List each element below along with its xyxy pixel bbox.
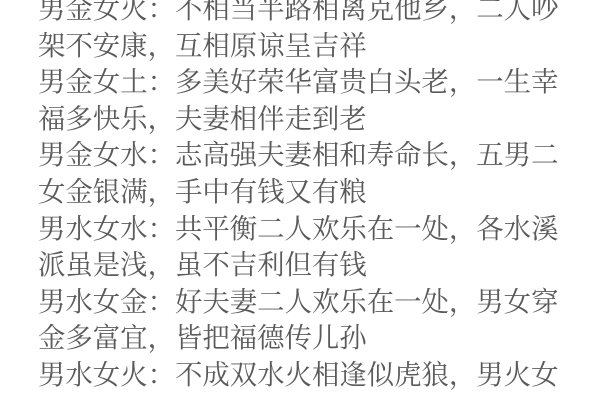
colon-separator: ： bbox=[148, 66, 175, 97]
colon-separator: ： bbox=[148, 213, 175, 244]
pairing-text: 不成双水火相逢似虎狼，男火女 bbox=[175, 359, 558, 390]
pairing-label: 男水女金 bbox=[38, 286, 148, 317]
page-background: { "page": { "background_color": "#ffffff… bbox=[0, 0, 600, 400]
colon-separator: ： bbox=[148, 139, 175, 170]
colon-separator: ： bbox=[148, 0, 175, 24]
pairing-label: 男水女水 bbox=[38, 213, 148, 244]
compatibility-entry: 男金女火：不相当半路相离克他乡，二人吵架不安康，互相原谅呈吉祥 bbox=[38, 0, 565, 64]
pairing-label: 男水女火 bbox=[38, 359, 148, 390]
compatibility-entry: 男水女火：不成双水火相逢似虎狼，男火女 bbox=[38, 357, 565, 394]
compatibility-entry: 男金女土：多美好荣华富贵白头老，一生幸福多快乐，夫妻相伴走到老 bbox=[38, 64, 565, 137]
compatibility-entry: 男水女水：共平衡二人欢乐在一处，各水溪派虽是浅，虽不吉利但有钱 bbox=[38, 211, 565, 284]
pairing-label: 男金女火 bbox=[38, 0, 148, 24]
colon-separator: ： bbox=[148, 359, 175, 390]
compatibility-entry: 男金女水：志高强夫妻相和寿命长，五男二女金银满，手中有钱又有粮 bbox=[38, 137, 565, 210]
pairing-label: 男金女水 bbox=[38, 139, 148, 170]
colon-separator: ： bbox=[148, 286, 175, 317]
compatibility-entry: 男水女金：好夫妻二人欢乐在一处，男女穿金多富宜，皆把福德传儿孙 bbox=[38, 284, 565, 357]
pairing-label: 男金女土 bbox=[38, 66, 148, 97]
document-text-area: 男金女火：不相当半路相离克他乡，二人吵架不安康，互相原谅呈吉祥 男金女土：多美好… bbox=[38, 0, 565, 394]
